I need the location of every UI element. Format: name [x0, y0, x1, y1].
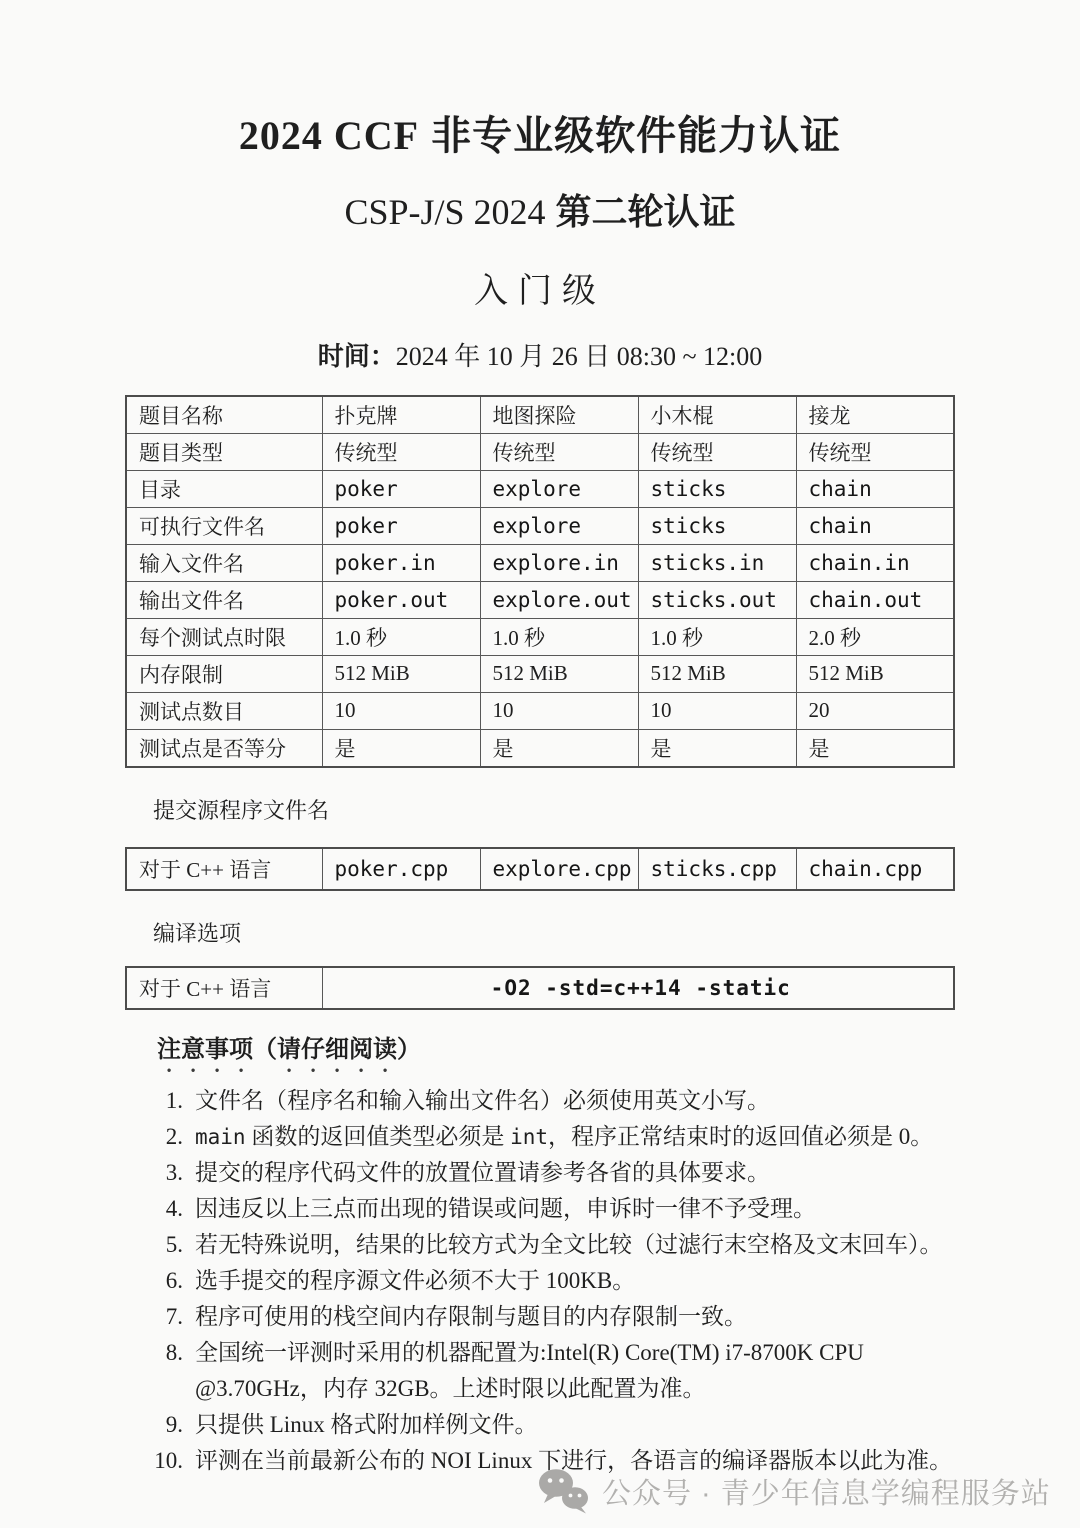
cell-value: chain.cpp — [796, 848, 954, 890]
cell-value: 是 — [322, 729, 480, 767]
compile-options-row: 对于 C++ 语言 -O2 -std=c++14 -static — [126, 967, 954, 1009]
table-row: 每个测试点时限1.0 秒1.0 秒1.0 秒2.0 秒 — [126, 618, 954, 655]
row-label: 可执行文件名 — [126, 507, 322, 544]
cell-value: 10 — [480, 692, 638, 729]
cell-value: chain.out — [796, 581, 954, 618]
compile-flags: -O2 -std=c++14 -static — [322, 967, 954, 1009]
cell-value: explore — [480, 470, 638, 507]
row-label: 题目名称 — [126, 396, 322, 434]
notes-heading: 注意事项（请仔细阅读） — [125, 1032, 955, 1077]
footer: 公众号 · 青少年信息学编程服务站 — [538, 1468, 1051, 1514]
time-line: 时间：2024 年 10 月 26 日 08:30 ~ 12:00 — [125, 336, 955, 373]
title-latin: 2024 CCF — [239, 113, 419, 158]
source-files-heading: 提交源程序文件名 — [125, 794, 955, 825]
title-cn: 非专业级软件能力认证 — [431, 114, 841, 158]
cell-value: 扑克牌 — [322, 396, 480, 434]
cell-value: 1.0 秒 — [480, 618, 638, 655]
cell-value: 是 — [796, 729, 954, 767]
cell-value: 地图探险 — [480, 396, 638, 434]
note-item: 3.提交的程序代码文件的放置位置请参考各省的具体要求。 — [125, 1155, 955, 1191]
subtitle-cn: 第二轮认证 — [556, 191, 736, 232]
problem-info-table-body: 题目名称扑克牌地图探险小木棍接龙题目类型传统型传统型传统型传统型目录pokere… — [126, 396, 954, 767]
note-number: 7. — [125, 1299, 183, 1335]
note-text: 提交的程序代码文件的放置位置请参考各省的具体要求。 — [195, 1155, 955, 1191]
cell-value: 512 MiB — [638, 655, 796, 692]
note-item: 9.只提供 Linux 格式附加样例文件。 — [125, 1407, 955, 1443]
cell-value: 传统型 — [796, 433, 954, 470]
footer-label: 公众号 · 青少年信息学编程服务站 — [602, 1471, 1051, 1512]
cell-value: 10 — [638, 692, 796, 729]
note-number: 8. — [125, 1335, 183, 1371]
cell-value: sticks.cpp — [638, 848, 796, 890]
note-number: 9. — [125, 1407, 183, 1443]
cell-value: explore — [480, 507, 638, 544]
note-item: 8.全国统一评测时采用的机器配置为:Intel(R) Core(TM) i7-8… — [125, 1335, 955, 1407]
cell-value: 512 MiB — [322, 655, 480, 692]
subtitle-latin: CSP-J/S 2024 — [344, 192, 545, 232]
compile-options-table: 对于 C++ 语言 -O2 -std=c++14 -static — [125, 966, 955, 1010]
row-label: 输入文件名 — [126, 544, 322, 581]
cell-value: 传统型 — [322, 433, 480, 470]
row-label: 测试点是否等分 — [126, 729, 322, 767]
cell-value: sticks — [638, 470, 796, 507]
table-row: 题目名称扑克牌地图探险小木棍接龙 — [126, 396, 954, 434]
cell-value: poker.out — [322, 581, 480, 618]
level-label: 入门级 — [125, 263, 955, 312]
table-row: 输出文件名poker.outexplore.outsticks.outchain… — [126, 581, 954, 618]
note-text: 若无特殊说明，结果的比较方式为全文比较（过滤行末空格及文末回车）。 — [195, 1227, 955, 1263]
cell-value: 传统型 — [638, 433, 796, 470]
note-number: 10. — [125, 1443, 183, 1479]
cell-value: 512 MiB — [796, 655, 954, 692]
row-label: 输出文件名 — [126, 581, 322, 618]
note-number: 6. — [125, 1263, 183, 1299]
page-title: 2024 CCF非专业级软件能力认证 — [125, 0, 955, 158]
cell-value: 10 — [322, 692, 480, 729]
cell-value: 2.0 秒 — [796, 618, 954, 655]
cell-value: explore.in — [480, 544, 638, 581]
note-number: 4. — [125, 1191, 183, 1227]
row-label: 内存限制 — [126, 655, 322, 692]
row-label: 对于 C++ 语言 — [126, 848, 322, 890]
source-files-row: 对于 C++ 语言 poker.cppexplore.cppsticks.cpp… — [126, 848, 954, 890]
note-number: 2. — [125, 1119, 183, 1155]
cell-value: sticks — [638, 507, 796, 544]
note-text: 只提供 Linux 格式附加样例文件。 — [195, 1407, 955, 1443]
note-text: 全国统一评测时采用的机器配置为:Intel(R) Core(TM) i7-870… — [195, 1335, 955, 1407]
cell-value: poker — [322, 470, 480, 507]
document-page: 2024 CCF非专业级软件能力认证 CSP-J/S 2024第二轮认证 入门级… — [125, 0, 955, 1479]
note-number: 1. — [125, 1083, 183, 1119]
cell-value: 是 — [480, 729, 638, 767]
table-row: 可执行文件名pokerexplorestickschain — [126, 507, 954, 544]
note-text: 文件名（程序名和输入输出文件名）必须使用英文小写。 — [195, 1083, 955, 1119]
row-label: 对于 C++ 语言 — [126, 967, 322, 1009]
cell-value: 是 — [638, 729, 796, 767]
source-files-table: 对于 C++ 语言 poker.cppexplore.cppsticks.cpp… — [125, 847, 955, 891]
cell-value: sticks.out — [638, 581, 796, 618]
wechat-icon — [538, 1468, 590, 1514]
cell-value: 传统型 — [480, 433, 638, 470]
note-text: main 函数的返回值类型必须是 int，程序正常结束时的返回值必须是 0。 — [195, 1119, 955, 1155]
cell-value: chain.in — [796, 544, 954, 581]
table-row: 测试点是否等分是是是是 — [126, 729, 954, 767]
cell-value: explore.out — [480, 581, 638, 618]
row-label: 每个测试点时限 — [126, 618, 322, 655]
row-label: 测试点数目 — [126, 692, 322, 729]
row-label: 题目类型 — [126, 433, 322, 470]
cell-value: 1.0 秒 — [638, 618, 796, 655]
table-row: 内存限制512 MiB512 MiB512 MiB512 MiB — [126, 655, 954, 692]
note-item: 6.选手提交的程序源文件必须不大于 100KB。 — [125, 1263, 955, 1299]
notes-list: 1.文件名（程序名和输入输出文件名）必须使用英文小写。2.main 函数的返回值… — [125, 1083, 955, 1479]
compile-options-heading: 编译选项 — [125, 917, 955, 948]
table-row: 题目类型传统型传统型传统型传统型 — [126, 433, 954, 470]
note-number: 3. — [125, 1155, 183, 1191]
cell-value: sticks.in — [638, 544, 796, 581]
note-text: 程序可使用的栈空间内存限制与题目的内存限制一致。 — [195, 1299, 955, 1335]
note-number: 5. — [125, 1227, 183, 1263]
row-label: 目录 — [126, 470, 322, 507]
cell-value: chain — [796, 470, 954, 507]
problem-info-table: 题目名称扑克牌地图探险小木棍接龙题目类型传统型传统型传统型传统型目录pokere… — [125, 395, 955, 768]
page-subtitle: CSP-J/S 2024第二轮认证 — [125, 192, 955, 233]
note-item: 2.main 函数的返回值类型必须是 int，程序正常结束时的返回值必须是 0。 — [125, 1119, 955, 1155]
cell-value: poker.cpp — [322, 848, 480, 890]
table-row: 目录pokerexplorestickschain — [126, 470, 954, 507]
cell-value: 20 — [796, 692, 954, 729]
table-row: 测试点数目10101020 — [126, 692, 954, 729]
time-label: 时间： — [318, 341, 396, 371]
cell-value: 512 MiB — [480, 655, 638, 692]
note-text: 选手提交的程序源文件必须不大于 100KB。 — [195, 1263, 955, 1299]
cell-value: 接龙 — [796, 396, 954, 434]
cell-value: chain — [796, 507, 954, 544]
table-row: 输入文件名poker.inexplore.insticks.inchain.in — [126, 544, 954, 581]
cell-value: 小木棍 — [638, 396, 796, 434]
cell-value: poker.in — [322, 544, 480, 581]
cell-value: poker — [322, 507, 480, 544]
time-value: 2024 年 10 月 26 日 08:30 ~ 12:00 — [396, 342, 763, 371]
cell-value: explore.cpp — [480, 848, 638, 890]
note-item: 7.程序可使用的栈空间内存限制与题目的内存限制一致。 — [125, 1299, 955, 1335]
note-item: 1.文件名（程序名和输入输出文件名）必须使用英文小写。 — [125, 1083, 955, 1119]
cell-value: 1.0 秒 — [322, 618, 480, 655]
note-item: 5.若无特殊说明，结果的比较方式为全文比较（过滤行末空格及文末回车）。 — [125, 1227, 955, 1263]
note-item: 4.因违反以上三点而出现的错误或问题，申诉时一律不予受理。 — [125, 1191, 955, 1227]
note-text: 因违反以上三点而出现的错误或问题，申诉时一律不予受理。 — [195, 1191, 955, 1227]
